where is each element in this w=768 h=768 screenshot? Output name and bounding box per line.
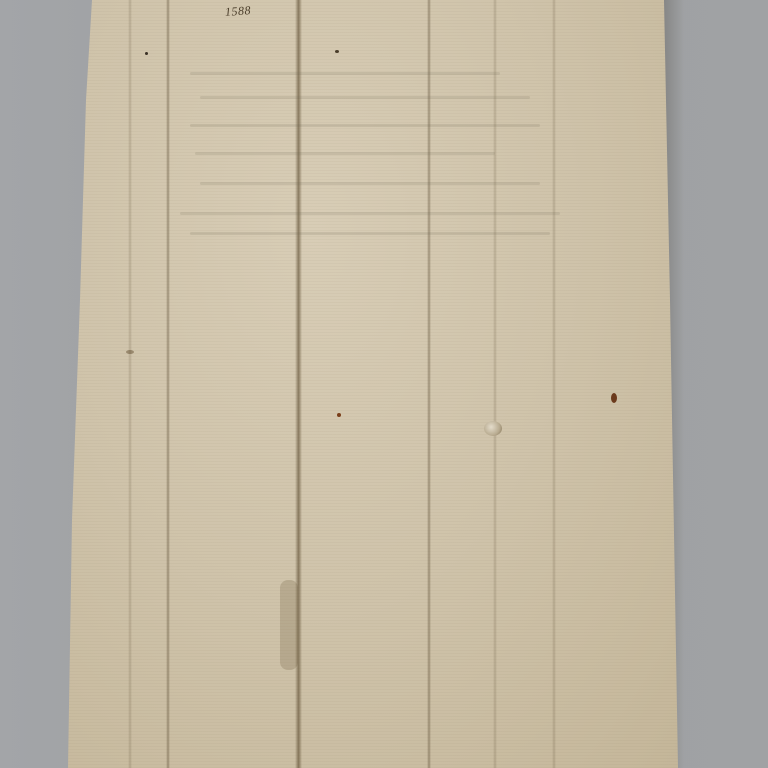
fold-line (552, 0, 556, 768)
fold-line (493, 0, 497, 768)
stain-hole (484, 421, 502, 436)
fold-line (427, 0, 431, 768)
stain-speck (611, 393, 617, 403)
fold-line (166, 0, 170, 768)
fold-line (128, 0, 132, 768)
catalog-number: 1588 (225, 3, 252, 20)
ink-show-through (195, 152, 495, 155)
stain-smudge (280, 580, 298, 670)
ink-show-through (200, 96, 530, 99)
ink-show-through (190, 124, 540, 127)
ink-show-through (200, 182, 540, 185)
paper-document (66, 0, 680, 768)
stain-speck (337, 413, 341, 417)
stain-speck (145, 52, 148, 55)
ink-show-through (190, 232, 550, 235)
ink-show-through (180, 212, 560, 215)
stain-speck (126, 350, 134, 354)
stain-speck (335, 50, 339, 53)
ink-show-through (190, 72, 500, 75)
